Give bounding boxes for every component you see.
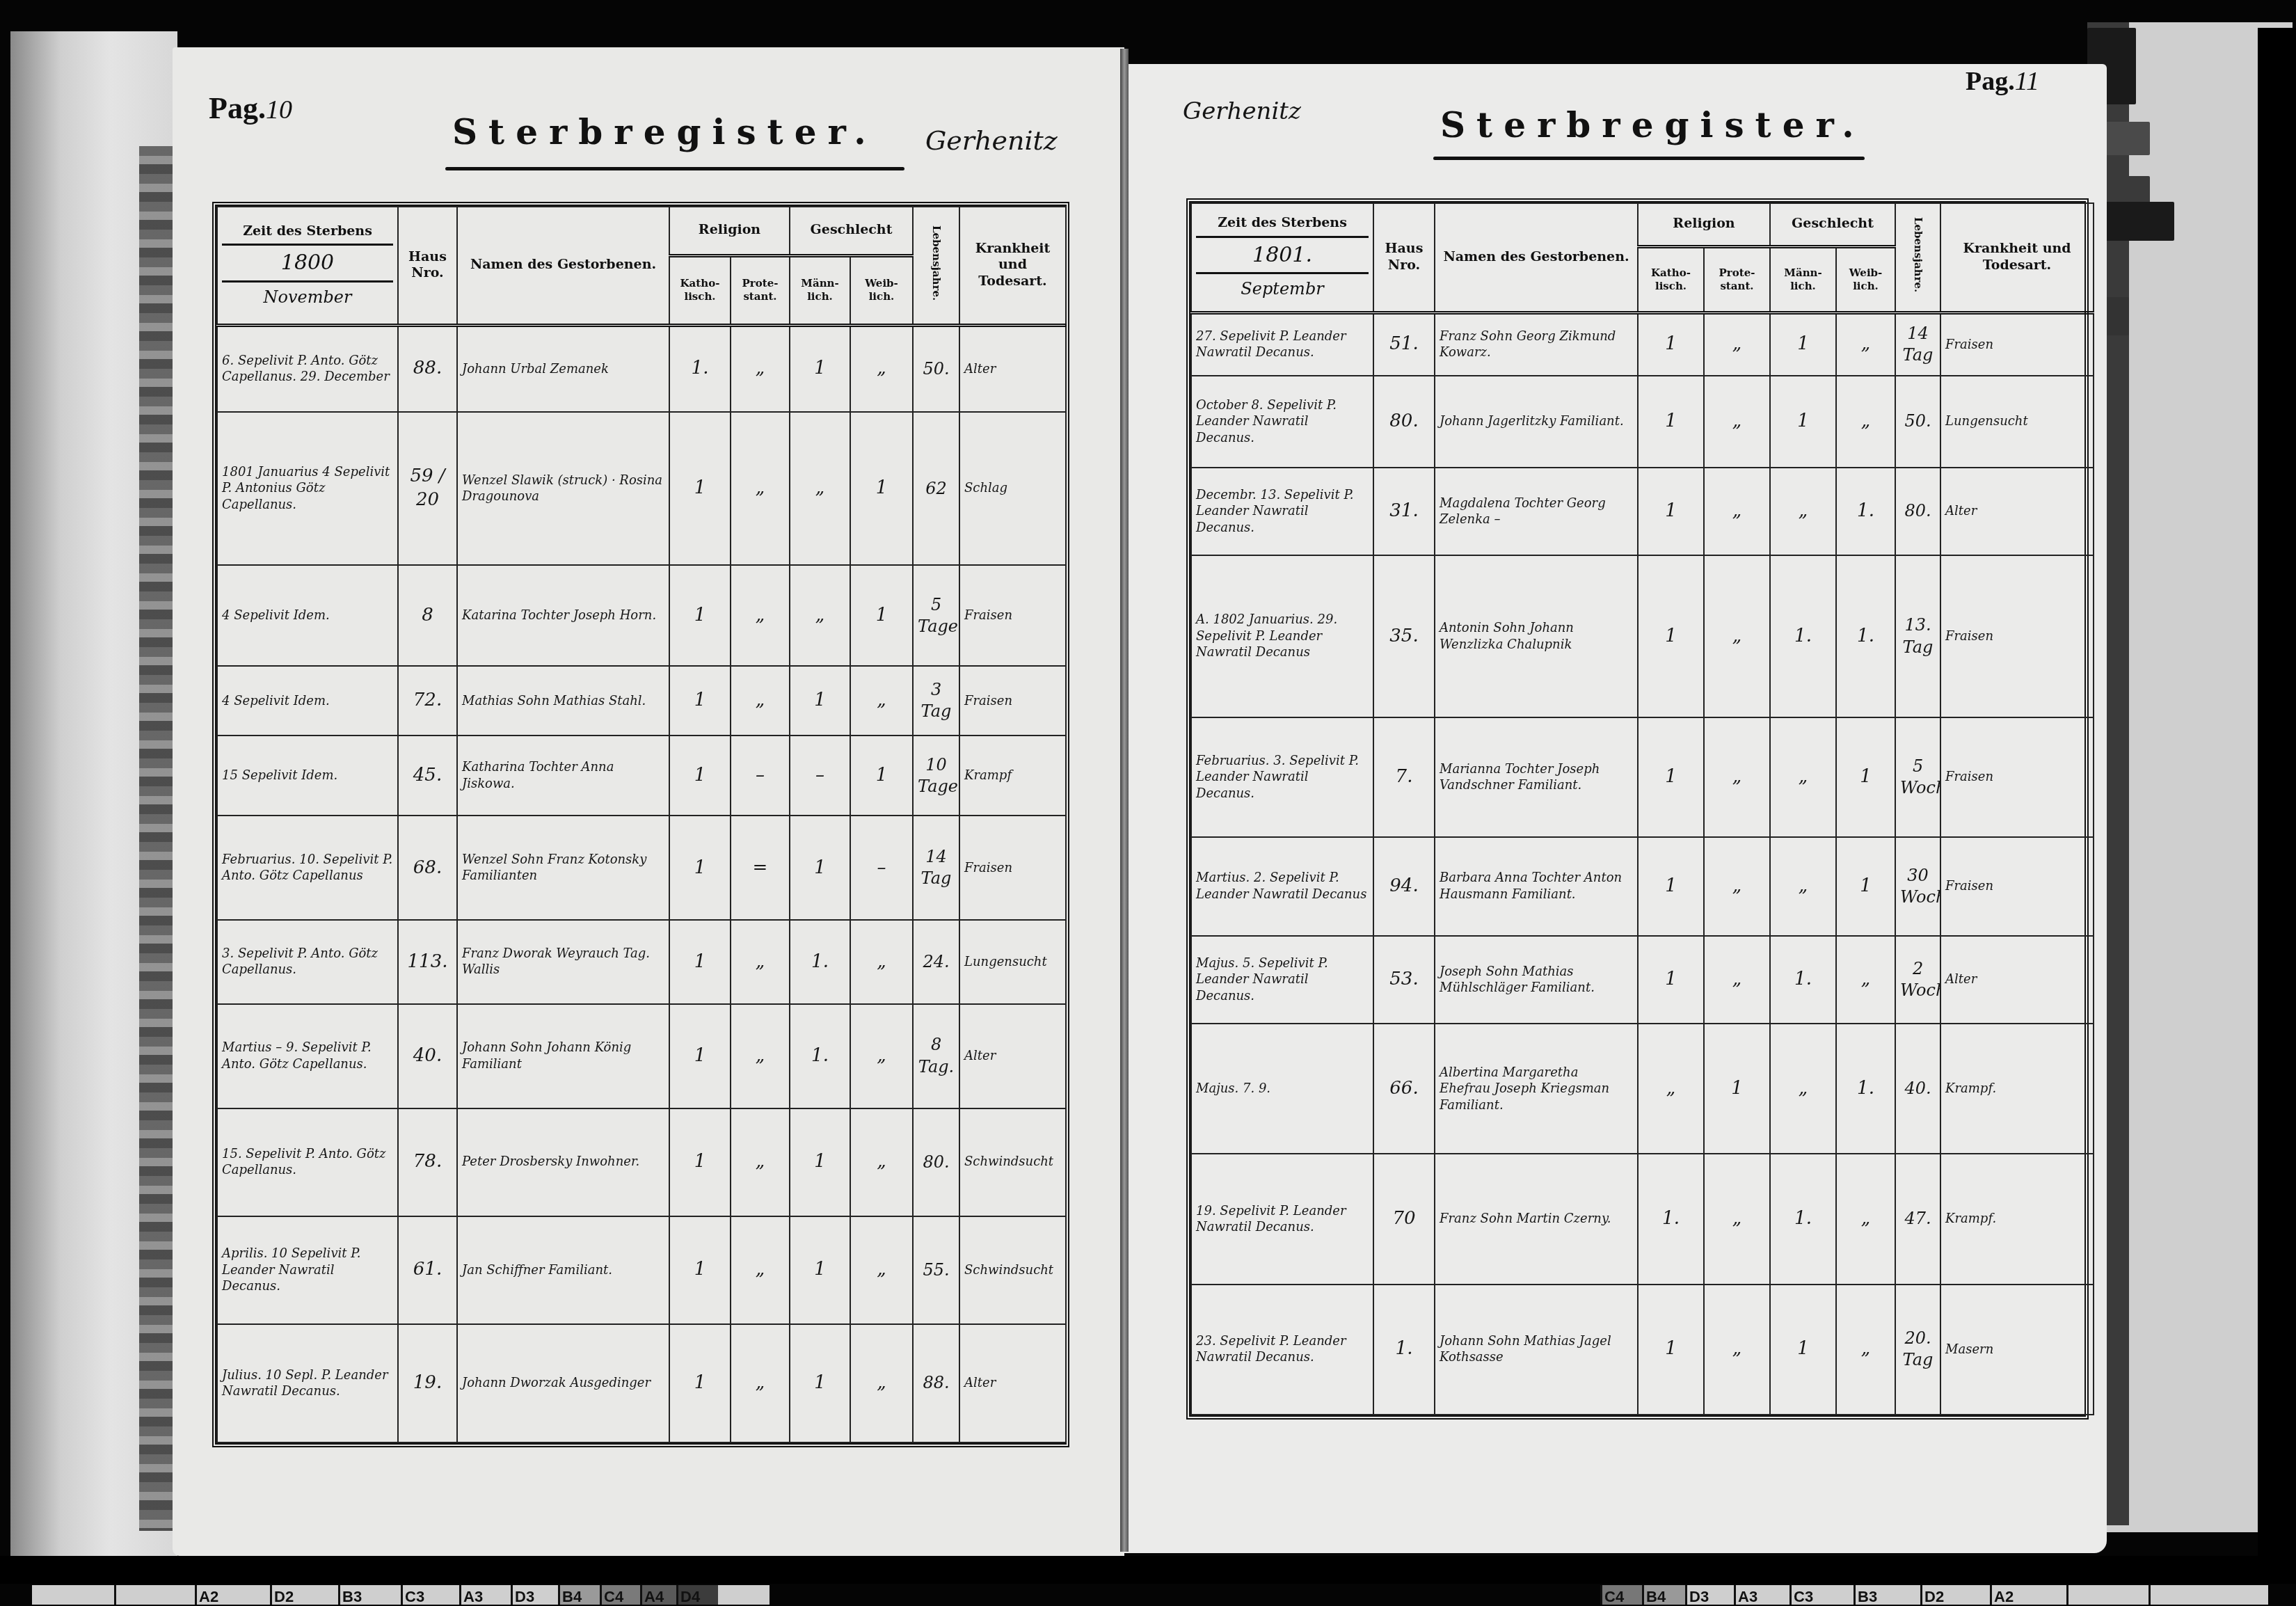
col-maennlich: Männ-lich. bbox=[790, 255, 850, 325]
col-krankheit: Krankheit und Todesart. bbox=[959, 207, 1066, 325]
page-title-left: Sterbregister. bbox=[452, 111, 877, 152]
col-religion: Religion bbox=[669, 207, 790, 255]
col-protestant: Prote-stant. bbox=[731, 255, 790, 325]
col-lebensjahre: Lebensjahre. bbox=[913, 207, 959, 325]
table-row: Majus. 5. Sepelivit P. Leander Nawratil … bbox=[1191, 936, 2094, 1024]
col-namen: Namen des Gestorbenen. bbox=[457, 207, 669, 325]
col-zeit-des-sterbens: Zeit des Sterbens 1801. Septembr bbox=[1191, 203, 1373, 312]
table-row: Decembr. 13. Sepelivit P. Leander Nawrat… bbox=[1191, 468, 2094, 556]
table-row: Martius. 2. Sepelivit P. Leander Nawrati… bbox=[1191, 837, 2094, 936]
col-maennlich: Männ-lich. bbox=[1770, 246, 1836, 312]
page-number-right: Pag.11 bbox=[1966, 66, 2039, 97]
table-row: 6. Sepelivit P. Anto. Götz Capellanus. 2… bbox=[217, 325, 1066, 412]
table-row: 23. Sepelivit P. Leander Nawratil Decanu… bbox=[1191, 1285, 2094, 1415]
page-tab bbox=[2105, 202, 2174, 241]
page-title-right: Sterbregister. bbox=[1440, 104, 1865, 145]
table-row: 4 Sepelivit Idem. 8 Katarina Tochter Jos… bbox=[217, 565, 1066, 666]
page-tab bbox=[2105, 297, 2129, 335]
table-row: Majus. 7. 9. 66. Albertina Margaretha Eh… bbox=[1191, 1024, 2094, 1154]
col-namen: Namen des Gestorbenen. bbox=[1435, 203, 1638, 312]
color-scale-ruler-right: C4 B4 D3 A3 C3 B3 D2 A2 bbox=[1600, 1585, 2268, 1605]
table-row: October 8. Sepelivit P. Leander Nawratil… bbox=[1191, 376, 2094, 468]
title-underline bbox=[1433, 157, 1865, 160]
table-row: 15 Sepelivit Idem. 45. Katharina Tochter… bbox=[217, 736, 1066, 816]
col-krankheit: Krankheit und Todesart. bbox=[1940, 203, 2094, 312]
table-row: Aprilis. 10 Sepelivit P. Leander Nawrati… bbox=[217, 1216, 1066, 1324]
col-zeit-des-sterbens: Zeit des Sterbens 1800 November bbox=[217, 207, 398, 325]
col-katholisch: Katho-lisch. bbox=[1638, 246, 1704, 312]
col-weiblich: Weib-lich. bbox=[1836, 246, 1895, 312]
col-religion: Religion bbox=[1638, 203, 1770, 246]
title-underline bbox=[445, 167, 904, 170]
table-row: Februarius. 10. Sepelivit P. Anto. Götz … bbox=[217, 816, 1066, 920]
register-table-left: Zeit des Sterbens 1800 November Haus Nro… bbox=[212, 202, 1069, 1447]
table-row: Julius. 10 Sepl. P. Leander Nawratil Dec… bbox=[217, 1324, 1066, 1442]
table-row: Februarius. 3. Sepelivit P. Leander Nawr… bbox=[1191, 717, 2094, 837]
book-spine bbox=[1120, 49, 1129, 1552]
table-row: 4 Sepelivit Idem. 72. Mathias Sohn Mathi… bbox=[217, 666, 1066, 736]
table-row: 27. Sepelivit P. Leander Nawratil Decanu… bbox=[1191, 312, 2094, 376]
col-protestant: Prote-stant. bbox=[1704, 246, 1770, 312]
color-scale-ruler-left: A2 D2 B3 C3 A3 D3 B4 C4 A4 D4 bbox=[32, 1585, 770, 1605]
col-geschlecht: Geschlecht bbox=[1770, 203, 1895, 246]
col-haus-nro: Haus Nro. bbox=[398, 207, 457, 325]
table-row: A. 1802 Januarius. 29. Sepelivit P. Lean… bbox=[1191, 555, 2094, 717]
scan-border-bottom bbox=[0, 1556, 2296, 1584]
col-katholisch: Katho-lisch. bbox=[669, 255, 731, 325]
table-row: 1801 Januarius 4 Sepelivit P. Antonius G… bbox=[217, 412, 1066, 565]
page-number-left: Pag.10 bbox=[209, 90, 292, 126]
col-geschlecht: Geschlecht bbox=[790, 207, 913, 255]
col-lebensjahre: Lebensjahre. bbox=[1895, 203, 1940, 312]
col-haus-nro: Haus Nro. bbox=[1373, 203, 1435, 312]
table-row: 3. Sepelivit P. Anto. Götz Capellanus. 1… bbox=[217, 920, 1066, 1003]
col-weiblich: Weib-lich. bbox=[850, 255, 913, 325]
scan-border-right bbox=[2258, 28, 2296, 1559]
place-note-left: Gerhenitz bbox=[925, 125, 1058, 156]
table-row: 19. Sepelivit P. Leander Nawratil Decanu… bbox=[1191, 1154, 2094, 1284]
register-table-right: Zeit des Sterbens 1801. Septembr Haus Nr… bbox=[1186, 198, 2089, 1420]
table-row: 15. Sepelivit P. Anto. Götz Capellanus. … bbox=[217, 1108, 1066, 1216]
place-note-right: Gerhenitz bbox=[1183, 97, 1301, 125]
table-row: Martius – 9. Sepelivit P. Anto. Götz Cap… bbox=[217, 1004, 1066, 1108]
